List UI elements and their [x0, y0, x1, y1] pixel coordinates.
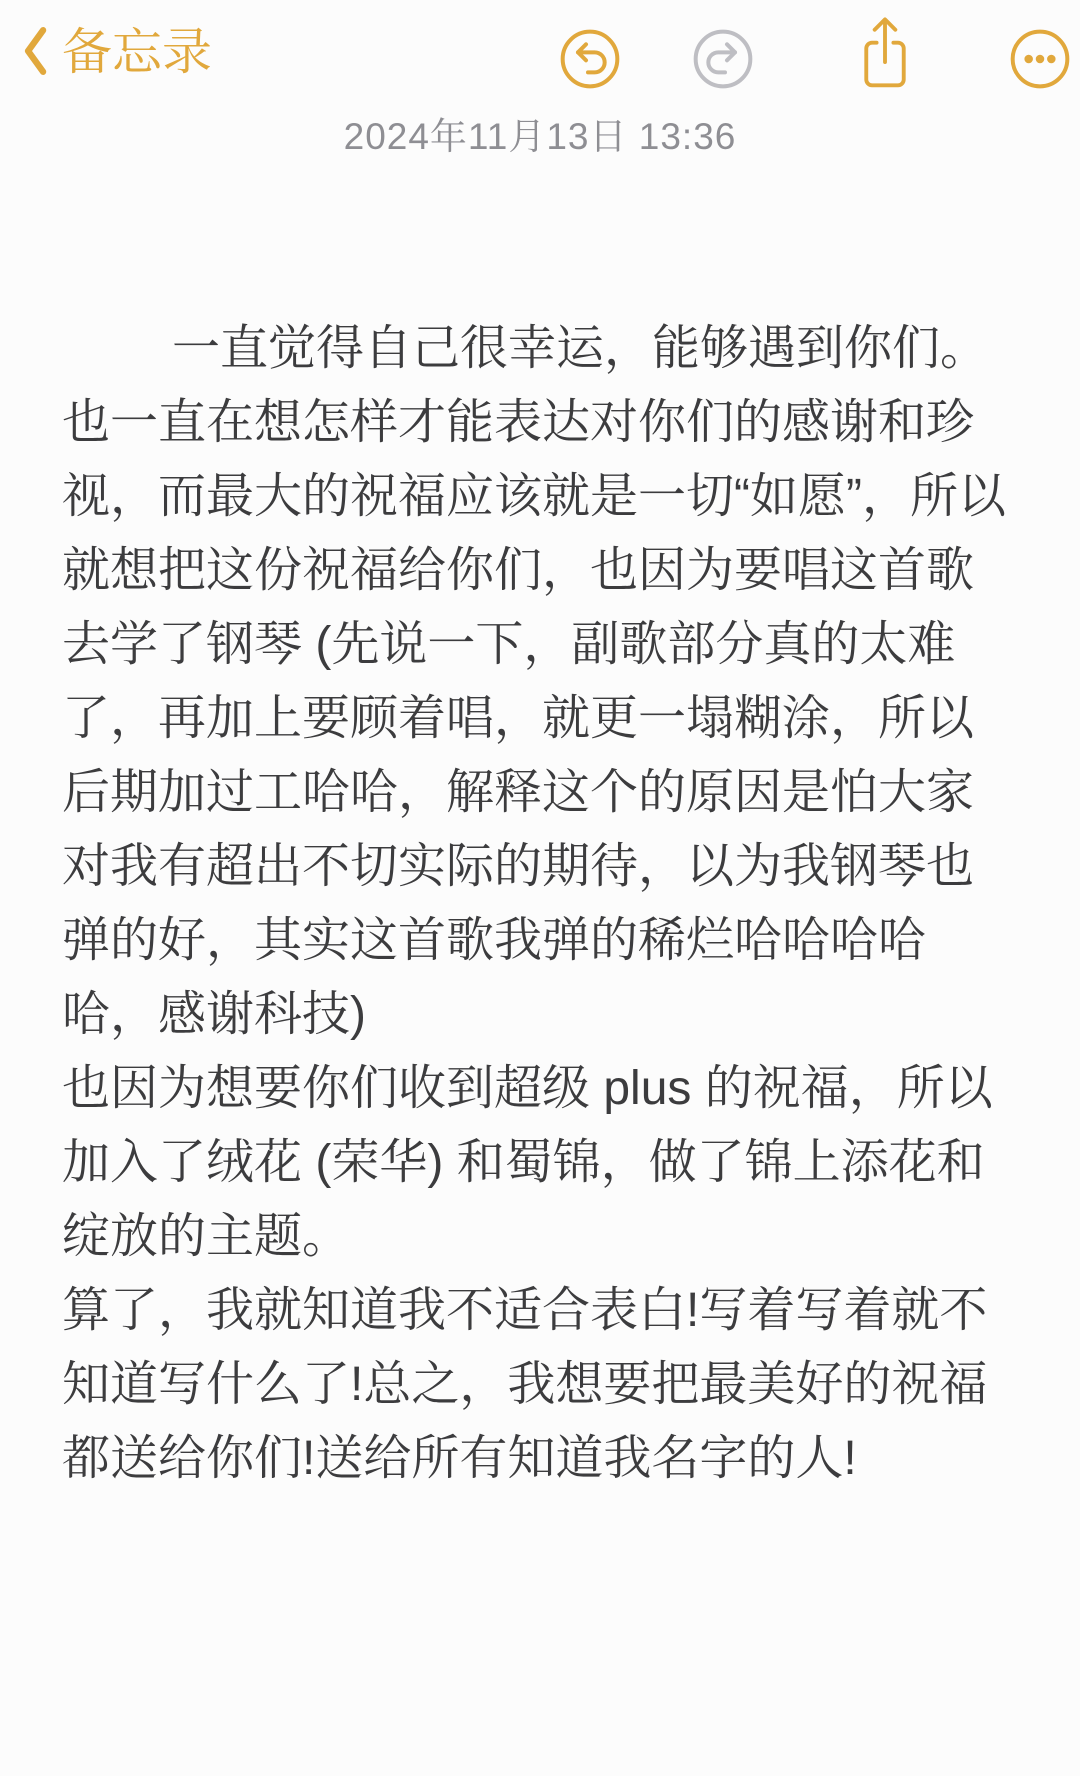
- note-body[interactable]: 一直觉得自己很幸运，能够遇到你们。也一直在想怎样才能表达对你们的感谢和珍视，而最…: [0, 312, 1080, 1496]
- redo-icon: [691, 26, 755, 92]
- notes-app-screen: 备忘录: [0, 0, 1080, 1776]
- ellipsis-circle-icon: [1008, 26, 1072, 92]
- back-button-label: 备忘录: [62, 22, 212, 82]
- note-paragraph-2: 也因为想要你们收到超级 plus 的祝福，所以加入了绒花 (荣华) 和蜀锦，做了…: [62, 1052, 1012, 1274]
- chevron-left-icon: [20, 25, 50, 80]
- note-paragraph-3: 算了，我就知道我不适合表白!写着写着就不知道写什么了!总之，我想要把最美好的祝福…: [62, 1274, 1012, 1496]
- more-button[interactable]: [1008, 26, 1072, 92]
- navigation-bar: 备忘录: [0, 0, 1080, 112]
- share-button[interactable]: [853, 12, 917, 94]
- back-button[interactable]: 备忘录: [20, 22, 212, 82]
- redo-button[interactable]: [691, 26, 755, 92]
- share-icon: [854, 14, 916, 92]
- note-paragraph-1: 一直觉得自己很幸运，能够遇到你们。也一直在想怎样才能表达对你们的感谢和珍视，而最…: [62, 312, 1012, 1052]
- note-timestamp: 2024年11月13日 13:36: [0, 114, 1080, 160]
- undo-button[interactable]: [558, 26, 622, 92]
- undo-icon: [558, 26, 622, 92]
